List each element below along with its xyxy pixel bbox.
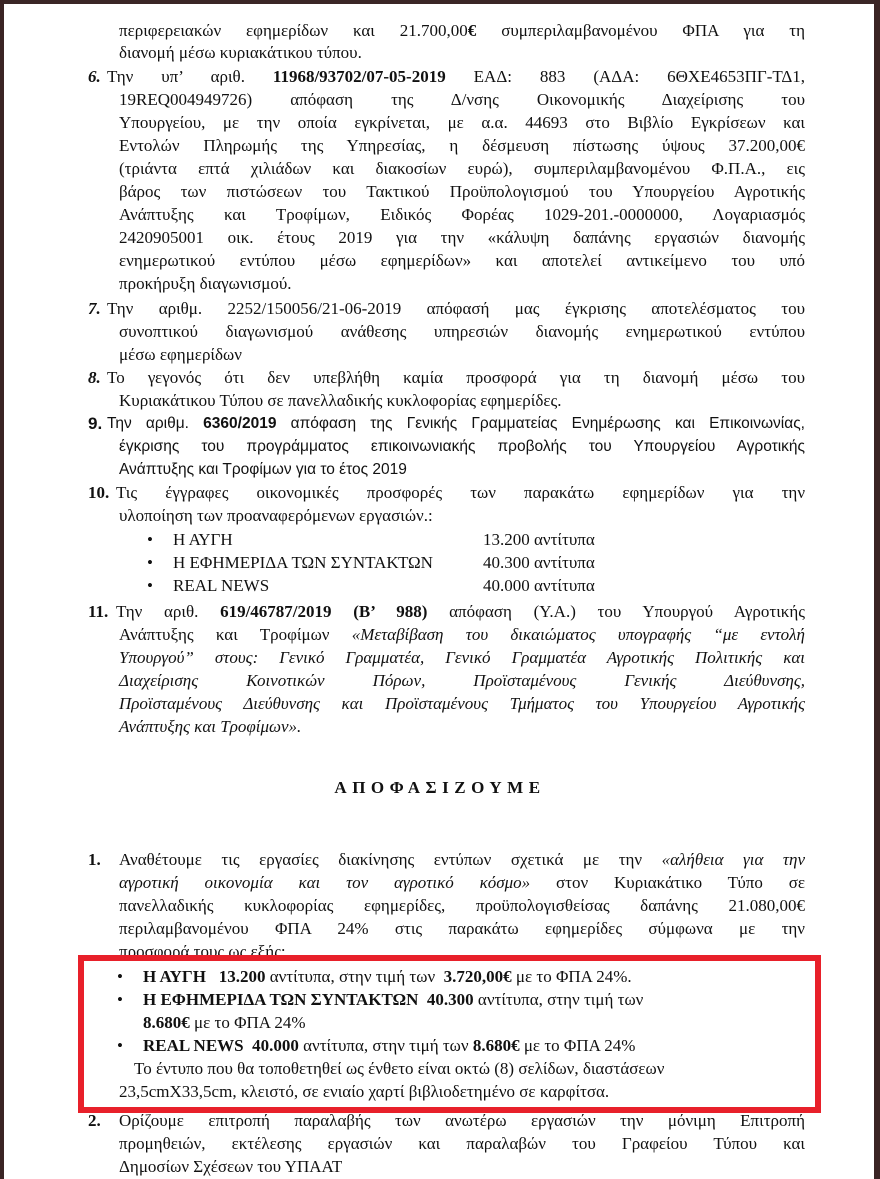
consideration-6-line: Εντολών Πληρωμής της Υπηρεσίας, η δέσμευ… [119, 135, 805, 157]
consideration-6-line: 19REQ004949726) απόφαση της Δ/νσης Οικον… [119, 89, 805, 111]
consideration-6-line: Την υπ’ αριθ. 11968/93702/07-05-2019 ΕΑΔ… [107, 66, 805, 88]
consideration-10-line: Τις έγγραφες οικονομικές προσφορές των π… [116, 482, 805, 504]
consideration-6-line: βάρος των πιστώσεων του Τακτικού Προϋπολ… [119, 181, 805, 203]
decision-1-line: Αναθέτουμε τις εργασίες διακίνησης εντύπ… [119, 849, 805, 871]
consideration-7-line: Την αριθμ. 2252/150056/21-06-2019 απόφασ… [107, 298, 805, 320]
consideration-6-line: (τριάντα επτά χιλιάδων και διακοσίων ευρ… [119, 158, 805, 180]
decision-2-line: Δημοσίων Σχέσεων του ΥΠΑΑΤ [119, 1156, 342, 1178]
item-number: 11. [88, 601, 108, 623]
decision-1-line: περιλαμβανομένου ΦΠΑ 24% στις παρακάτω ε… [119, 918, 805, 940]
offer-name: REAL NEWS [173, 575, 269, 597]
item-number: 6. [88, 66, 101, 88]
offer-copies: 13.200 αντίτυπα [483, 529, 595, 551]
item-number: 8. [88, 367, 101, 389]
consideration-11-line: Ανάπτυξης και Τροφίμων «Μεταβίβαση του δ… [119, 624, 805, 646]
offer-name: Η ΑΥΓΗ [173, 529, 233, 551]
consideration-11-line: Υπουργού” στους: Γενικό Γραμματέα, Γενικ… [119, 647, 805, 669]
item-number: 7. [88, 298, 101, 320]
decision-2-line: Ορίζουμε επιτροπή παραλαβής των ανωτέρω … [119, 1110, 805, 1132]
decision-1-line: αγροτική οικονομία και τον αγροτικό κόσμ… [119, 872, 805, 894]
item-number: 1. [88, 849, 101, 871]
item-number: 10. [88, 482, 109, 504]
bullet-icon: • [147, 575, 153, 597]
red-highlight-box [78, 955, 821, 1113]
consideration-11-line: Την αριθ. 619/46787/2019 (Β’ 988) απόφασ… [116, 601, 805, 623]
continuation-line: περιφερειακών εφημερίδων και 21.700,00€ … [119, 20, 805, 42]
decision-heading: ΑΠΟΦΑΣΙΖΟΥΜΕ [0, 778, 880, 798]
item-number: 9. [88, 413, 102, 435]
consideration-11-line: Ανάπτυξης και Τροφίμων». [119, 716, 301, 738]
viewer-frame-right [874, 0, 880, 1179]
consideration-8-line: Το γεγονός ότι δεν υπεβλήθη καμία προσφο… [107, 367, 805, 389]
decision-1-line: πανελλαδικής κυκλοφορίας εφημερίδες, προ… [119, 895, 805, 917]
consideration-11-line: Διαχείρισης Κοινοτικών Πόρων, Προϊσταμέν… [119, 670, 805, 692]
consideration-9-line: Ανάπτυξης και Τροφίμων για το έτος 2019 [119, 459, 407, 481]
consideration-6-line: ενημερωτικού εντύπου μέσω εφημερίδων» κα… [119, 250, 805, 272]
offer-copies: 40.300 αντίτυπα [483, 552, 595, 574]
offer-copies: 40.000 αντίτυπα [483, 575, 595, 597]
consideration-9-line: έγκρισης του προγράμματος επικοινωνιακής… [119, 436, 805, 458]
consideration-11-line: Προϊσταμένους Διεύθυνσης και Προϊσταμένο… [119, 693, 805, 715]
consideration-6-line: προκήρυξη διαγωνισμού. [119, 273, 292, 295]
consideration-10-line: υλοποίηση των προαναφερόμενων εργασιών.: [119, 505, 433, 527]
consideration-9-line: Την αριθμ. 6360/2019 απόφαση της Γενικής… [107, 413, 805, 435]
consideration-7-line: συνοπτικού διαγωνισμού ανάθεσης υπηρεσιώ… [119, 321, 805, 343]
item-number: 2. [88, 1110, 101, 1132]
offer-name: Η ΕΦΗΜΕΡΙΔΑ ΤΩΝ ΣΥΝΤΑΚΤΩΝ [173, 552, 433, 574]
consideration-6-line: 2420905001 οικ. έτους 2019 για την «κάλυ… [119, 227, 805, 249]
consideration-6-line: Υπουργείου, με την οποία εγκρίνεται, με … [119, 112, 805, 134]
bullet-icon: • [147, 529, 153, 551]
decision-2-line: προμηθειών, εκτέλεσης εργασιών και παραλ… [119, 1133, 805, 1155]
consideration-6-line: Ανάπτυξης και Τροφίμων, Ειδικός Φορέας 1… [119, 204, 805, 226]
consideration-8-line: Κυριακάτικου Τύπου σε πανελλαδικής κυκλο… [119, 390, 561, 412]
continuation-line: διανομή μέσω κυριακάτικου τύπου. [119, 42, 362, 64]
bullet-icon: • [147, 552, 153, 574]
consideration-7-line: μέσω εφημερίδων [119, 344, 242, 366]
